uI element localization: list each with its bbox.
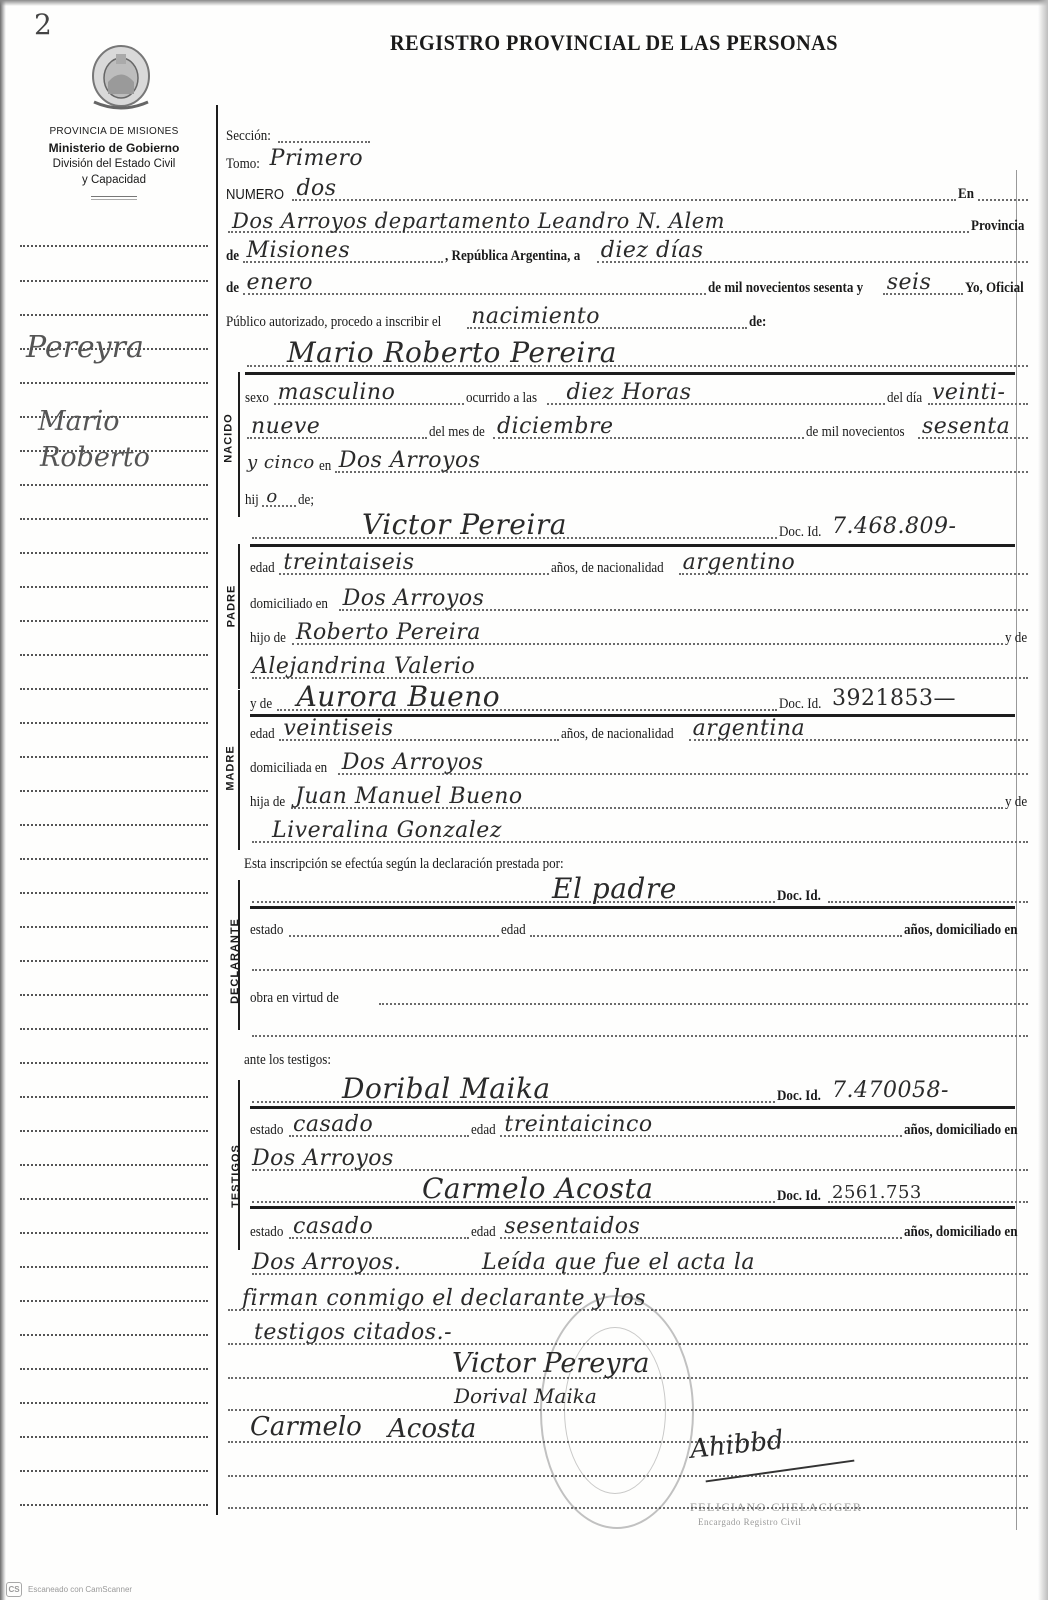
field-madre-nombre: y de Aurora Bueno Doc. Id. 3921853— bbox=[250, 688, 1030, 714]
registrar-title: Encargado Registro Civil bbox=[698, 1515, 862, 1530]
section-label-madre: MADRE bbox=[225, 745, 237, 790]
signature-testigo2-first: Carmelo bbox=[250, 1412, 362, 1442]
sexo-field[interactable]: masculino bbox=[274, 379, 464, 405]
field-mes-anio: de enero de mil novecientos sesenta y se… bbox=[226, 272, 1030, 298]
padre-y-de-label: y de bbox=[1005, 630, 1027, 648]
closing-line-1: Dos Arroyos. Leída que fue el acta la bbox=[250, 1252, 1030, 1278]
nacido-anio-label: de mil novecientos bbox=[806, 424, 905, 442]
anio-cont-field[interactable]: y cinco bbox=[247, 447, 317, 473]
madre-padre-field[interactable]: Juan Manuel Bueno bbox=[291, 783, 1003, 809]
testigo2-nombre-field[interactable]: Carmelo Acosta bbox=[252, 1177, 775, 1203]
divider bbox=[91, 196, 137, 200]
closing-line-1-field[interactable]: Dos Arroyos. Leída que fue el acta la bbox=[252, 1249, 1028, 1275]
madre-y-de-label: y de bbox=[250, 696, 272, 714]
signature-testigo1: Dorival Maika bbox=[454, 1384, 597, 1408]
provincia-label: Provincia bbox=[971, 218, 1024, 236]
sexo-label: sexo bbox=[245, 390, 269, 408]
field-sexo-hora: sexo masculino ocurrido a las diez Horas… bbox=[245, 382, 1030, 408]
rule-nacido bbox=[245, 372, 1015, 375]
de-label: de bbox=[226, 248, 239, 266]
dia-field[interactable]: veinti- bbox=[928, 379, 1028, 405]
seccion-label: Sección: bbox=[226, 128, 271, 146]
issuer-province: PROVINCIA DE MISIONES bbox=[14, 124, 214, 140]
dia-field[interactable]: diez días bbox=[597, 237, 1028, 263]
padre-anios-label: años, de nacionalidad bbox=[551, 560, 664, 578]
field-nacido-nombre: Mario Roberto Pereira bbox=[245, 344, 1030, 370]
numero-label: NUMERO bbox=[226, 187, 284, 204]
rule-testigo1 bbox=[250, 1106, 1015, 1109]
field-hij: hij o de; bbox=[245, 484, 1030, 510]
field-madre-edad: edad veintiseis años, de nacionalidad ar… bbox=[250, 718, 1030, 744]
field-declarante-obra: obra en virtud de bbox=[250, 982, 1030, 1008]
testigo2-edad-label: edad bbox=[471, 1224, 496, 1242]
nacido-mes-field[interactable]: diciembre bbox=[493, 413, 804, 439]
en-dots bbox=[978, 175, 1028, 201]
lugar-field[interactable]: Dos Arroyos bbox=[335, 447, 1028, 473]
madre-domicilio-field[interactable]: Dos Arroyos bbox=[338, 749, 1028, 775]
provincia-field[interactable]: Misiones bbox=[243, 237, 443, 263]
dia-cont-field[interactable]: nueve bbox=[247, 413, 427, 439]
testigo1-doc-label: Doc. Id. bbox=[777, 1088, 821, 1106]
scan-shadow-left bbox=[0, 0, 6, 1600]
field-tomo: Tomo: Primero bbox=[226, 148, 1030, 174]
issuer-division: División del Estado Civil bbox=[14, 156, 214, 172]
issuer-capacity: y Capacidad bbox=[14, 172, 214, 188]
padre-edad-field[interactable]: treintaiseis bbox=[279, 549, 549, 575]
anio-label: de mil novecientos sesenta y bbox=[708, 280, 863, 298]
padre-domicilio-label: domiciliado en bbox=[250, 596, 328, 614]
hij-de-label: de; bbox=[298, 492, 314, 510]
testigo1-estado-label: estado bbox=[250, 1122, 283, 1140]
field-declarante-obra-cont bbox=[250, 1014, 1030, 1040]
testigo2-doc-field[interactable]: 2561.753 bbox=[828, 1177, 1028, 1203]
declarante-estado-label: estado bbox=[250, 922, 283, 940]
en-label: En bbox=[958, 186, 974, 204]
declarante-doc-field[interactable] bbox=[828, 877, 1028, 903]
madre-hija-de-label: hija de bbox=[250, 794, 285, 812]
testigo2-domicilio-label: años, domiciliado en bbox=[904, 1224, 1017, 1242]
margin-divider bbox=[216, 105, 218, 1515]
field-lugar: y cinco en Dos Arroyos bbox=[245, 450, 1030, 476]
numero-field[interactable]: dos bbox=[292, 175, 956, 201]
field-padre-edad: edad treintaiseis años, de nacionalidad … bbox=[250, 552, 1030, 578]
scan-shadow-right bbox=[1038, 0, 1048, 1600]
field-padre-domicilio: domiciliado en Dos Arroyos bbox=[250, 588, 1030, 614]
declarante-domicilio-field[interactable] bbox=[252, 945, 1028, 971]
mes-label: del mes de bbox=[429, 424, 485, 442]
tomo-label: Tomo: bbox=[226, 156, 260, 174]
field-testigo2-estado: estado casado edad sesentaidos años, dom… bbox=[250, 1216, 1030, 1242]
testigo1-domicilio-label: años, domiciliado en bbox=[904, 1122, 1017, 1140]
field-seccion: Sección: bbox=[226, 120, 1030, 146]
testigo1-domicilio-field[interactable]: Dos Arroyos bbox=[252, 1145, 1028, 1171]
field-place: Dos Arroyos departamento Leandro N. Alem… bbox=[226, 210, 1030, 236]
madre-bracket bbox=[238, 690, 240, 850]
padre-nacionalidad-field[interactable]: argentino bbox=[679, 549, 1028, 575]
official-stamp-icon bbox=[540, 1295, 694, 1529]
declarante-edad-field[interactable] bbox=[530, 911, 901, 937]
field-padre-nombre: Victor Pereira Doc. Id. 7.468.809- bbox=[250, 516, 1030, 542]
padre-bracket bbox=[238, 544, 240, 689]
field-padre-madre: Alejandrina Valerio bbox=[250, 656, 1030, 682]
hij-label: hij bbox=[245, 492, 259, 510]
margin-note-surname: Pereyra bbox=[26, 330, 144, 365]
section-label-declarante: DECLARANTE bbox=[229, 918, 241, 1004]
padre-doc-label: Doc. Id. bbox=[779, 524, 821, 542]
page-number: 2 bbox=[34, 8, 52, 41]
camscanner-text: Escaneado con CamScanner bbox=[28, 1585, 132, 1594]
birth-certificate-page: 2 PROVINCIA DE MISIONES Ministerio de Go… bbox=[0, 0, 1048, 1600]
madre-doc-label: Doc. Id. bbox=[779, 696, 821, 714]
oficial-label: Yo, Oficial bbox=[965, 280, 1024, 298]
ocurrido-label: ocurrido a las bbox=[466, 390, 537, 408]
margin-note-given-name-2: Roberto bbox=[40, 442, 150, 473]
padre-edad-label: edad bbox=[250, 560, 275, 578]
field-testigo1-estado: estado casado edad treintaicinco años, d… bbox=[250, 1114, 1030, 1140]
section-label-nacido: NACIDO bbox=[223, 413, 235, 462]
mes-field[interactable]: enero bbox=[243, 269, 707, 295]
dia-label: del día bbox=[887, 390, 922, 408]
declarante-intro-text: Esta inscripción se efectúa según la dec… bbox=[244, 856, 564, 874]
coat-of-arms-icon bbox=[86, 42, 156, 114]
scanner-watermark: CS Escaneado con CamScanner bbox=[6, 1582, 132, 1597]
padre-padre-field[interactable]: Roberto Pereira bbox=[292, 619, 1004, 645]
page-title: REGISTRO PROVINCIAL DE LAS PERSONAS bbox=[390, 30, 838, 56]
declarante-obra-cont-field[interactable] bbox=[252, 1011, 1028, 1037]
testigos-intro-text: ante los testigos: bbox=[244, 1052, 331, 1070]
tomo-field[interactable]: Primero bbox=[266, 145, 376, 171]
field-padre-hijo-de: hijo de Roberto Pereira y de bbox=[250, 622, 1030, 648]
field-numero: NUMERO dos En bbox=[226, 178, 1030, 204]
publico-label: Público autorizado, procedo a inscribir … bbox=[226, 314, 441, 332]
testigo2-edad-field[interactable]: sesentaidos bbox=[500, 1213, 901, 1239]
acto-field[interactable]: nacimiento bbox=[467, 303, 747, 329]
madre-doc-field[interactable]: 3921853— bbox=[828, 685, 1028, 711]
field-mes-anio-nacido: nueve del mes de diciembre de mil noveci… bbox=[245, 416, 1030, 442]
testigos-intro: ante los testigos: bbox=[244, 1044, 1030, 1070]
declarante-doc-label: Doc. Id. bbox=[777, 888, 821, 906]
testigo1-edad-label: edad bbox=[471, 1122, 496, 1140]
section-label-testigos: TESTIGOS bbox=[230, 1144, 242, 1208]
testigo1-nombre-field[interactable]: Doribal Maika bbox=[252, 1077, 775, 1103]
rule-testigo2 bbox=[250, 1206, 1015, 1209]
testigo1-estado-field[interactable]: casado bbox=[289, 1111, 469, 1137]
camscanner-logo-icon: CS bbox=[6, 1582, 22, 1597]
issuer-block: PROVINCIA DE MISIONES Ministerio de Gobi… bbox=[14, 124, 214, 200]
field-testigo2-nombre: Carmelo Acosta Doc. Id. 2561.753 bbox=[250, 1180, 1030, 1206]
field-madre-domicilio: domiciliada en Dos Arroyos bbox=[250, 752, 1030, 778]
declarante-obra-label: obra en virtud de bbox=[250, 990, 339, 1008]
de-colon-label: de: bbox=[749, 314, 766, 332]
madre-edad-label: edad bbox=[250, 726, 275, 744]
field-acto: Público autorizado, procedo a inscribir … bbox=[226, 306, 1030, 332]
padre-hijo-de-label: hijo de bbox=[250, 630, 286, 648]
testigo1-edad-field[interactable]: treintaicinco bbox=[500, 1111, 901, 1137]
hij-field[interactable]: o bbox=[262, 481, 296, 507]
field-testigo1-domicilio: Dos Arroyos bbox=[250, 1148, 1030, 1174]
declarante-obra-field[interactable] bbox=[379, 979, 1028, 1005]
madre-madre-field[interactable]: Liveralina Gonzalez bbox=[252, 817, 1028, 843]
field-declarante-domicilio bbox=[250, 948, 1030, 974]
padre-nombre-field[interactable]: Victor Pereira bbox=[252, 513, 777, 539]
nacido-nombre-field[interactable]: Mario Roberto Pereira bbox=[247, 341, 1028, 367]
field-declarante-nombre: El padre Doc. Id. bbox=[250, 880, 1030, 906]
padre-madre-field[interactable]: Alejandrina Valerio bbox=[252, 653, 1028, 679]
rule-declarante bbox=[250, 906, 1015, 909]
nacido-bracket bbox=[238, 372, 240, 517]
place-field[interactable]: Dos Arroyos departamento Leandro N. Alem bbox=[228, 207, 969, 233]
signature-padre: Victor Pereyra bbox=[452, 1348, 649, 1379]
republica-label: , República Argentina, a bbox=[445, 248, 580, 266]
madre-nacionalidad-field[interactable]: argentina bbox=[689, 715, 1028, 741]
testigo2-doc-label: Doc. Id. bbox=[777, 1188, 821, 1206]
en-label-nacido: en bbox=[319, 458, 331, 476]
rule-padre bbox=[250, 544, 1015, 547]
madre-edad-field[interactable]: veintiseis bbox=[279, 715, 559, 741]
nacido-anio-field[interactable]: sesenta bbox=[918, 413, 1028, 439]
field-provincia-date: de Misiones , República Argentina, a die… bbox=[226, 240, 1030, 266]
testigo2-estado-label: estado bbox=[250, 1224, 283, 1242]
declarante-intro: Esta inscripción se efectúa según la dec… bbox=[244, 848, 1030, 874]
signature-testigo2-last: Acosta bbox=[388, 1414, 476, 1444]
madre-anios-label: años, de nacionalidad bbox=[561, 726, 674, 744]
field-declarante-estado: estado edad años, domiciliado en bbox=[250, 914, 1030, 940]
registrar-name: FELICIANO CHELACIGER bbox=[690, 1500, 862, 1515]
issuer-ministry: Ministerio de Gobierno bbox=[14, 140, 214, 156]
section-label-padre: PADRE bbox=[225, 585, 237, 628]
padre-doc-field[interactable]: 7.468.809- bbox=[828, 513, 1028, 539]
stamp-footer: FELICIANO CHELACIGER Encargado Registro … bbox=[690, 1500, 862, 1530]
margin-note-given-name-1: Mario bbox=[38, 406, 120, 437]
testigo1-doc-field[interactable]: 7.470058- bbox=[828, 1077, 1028, 1103]
field-madre-hija-de: hija de Juan Manuel Bueno y de bbox=[250, 786, 1030, 812]
madre-domicilio-label: domiciliada en bbox=[250, 760, 327, 778]
padre-domicilio-field[interactable]: Dos Arroyos bbox=[339, 585, 1028, 611]
declarante-domicilio-label: años, domiciliado en bbox=[904, 922, 1017, 940]
field-testigo1-nombre: Doribal Maika Doc. Id. 7.470058- bbox=[250, 1080, 1030, 1106]
mes-de-label: de bbox=[226, 280, 239, 298]
testigo2-estado-field[interactable]: casado bbox=[289, 1213, 469, 1239]
madre-nombre-field[interactable]: Aurora Bueno bbox=[277, 685, 777, 711]
seccion-field[interactable] bbox=[278, 117, 370, 143]
hora-field[interactable]: diez Horas bbox=[547, 379, 885, 405]
madre-y-de-label-2: y de bbox=[1005, 794, 1027, 812]
scan-shadow-top bbox=[0, 0, 1048, 6]
declarante-nombre-field[interactable]: El padre bbox=[252, 877, 775, 903]
field-madre-madre: Liveralina Gonzalez bbox=[250, 820, 1030, 846]
declarante-edad-label: edad bbox=[501, 922, 526, 940]
declarante-estado-field[interactable] bbox=[289, 911, 499, 937]
anio-field[interactable]: seis bbox=[883, 269, 963, 295]
